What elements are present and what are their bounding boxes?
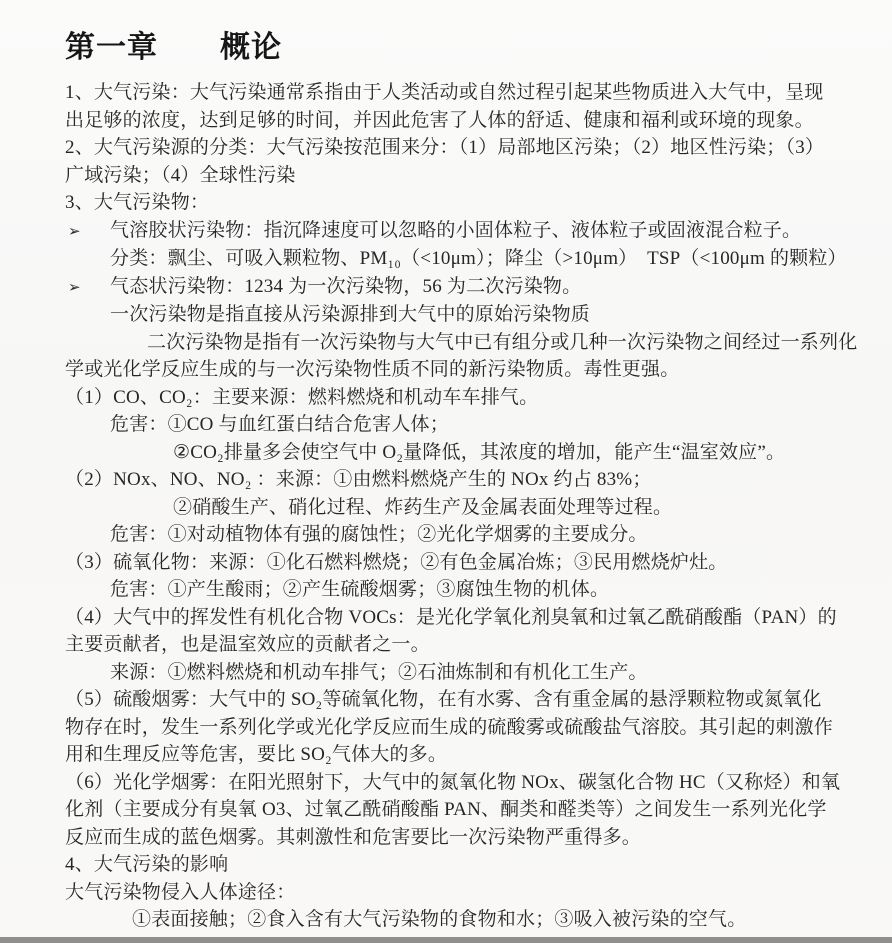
scanned-document-page: 第一章 概论 1、大气污染：大气污染通常系指由于人类活动或自然过程引起某些物质进… [0, 0, 892, 943]
text-line: ②硝酸生产、硝化过程、炸药生产及金属表面处理等过程。 [65, 494, 837, 522]
bullet-line: ➢气态状污染物：1234 为一次污染物，56 为二次污染物。 [65, 273, 837, 302]
text-line: 学或光化学反应生成的与一次污染物性质不同的新污染物质。毒性更强。 [65, 356, 837, 384]
text-line: （1）CO、CO₂：主要来源：燃料燃烧和机动车车排气。 [65, 384, 837, 412]
text-line: 出足够的浓度，达到足够的时间，并因此危害了人体的舒适、健康和福利或环境的现象。 [65, 107, 837, 135]
text-line: 反应而生成的蓝色烟雾。其刺激性和危害要比一次污染物严重得多。 [65, 824, 837, 852]
text-line: 2、大气污染源的分类：大气污染按范围来分：（1）局部地区污染；（2）地区性污染；… [65, 134, 837, 162]
text-line: （2）NOx、NO、NO₂ ：来源：①由燃料燃烧产生的 NOx 约占 83%； [65, 466, 837, 494]
text-line: 分类：飘尘、可吸入颗粒物、PM₁₀（<10μm）；降尘（>10μm） TSP（<… [65, 245, 837, 273]
text-line: （6）光化学烟雾：在阳光照射下，大气中的氮氧化物 NOx、碳氢化合物 HC（又称… [65, 769, 837, 797]
bullet-line: ➢气溶胶状污染物：指沉降速度可以忽略的小固体粒子、液体粒子或固液混合粒子。 [65, 217, 837, 246]
text-line: 危害：①产生酸雨；②产生硫酸烟雾；③腐蚀生物的机体。 [65, 576, 837, 604]
text-line: 广域污染；（4）全球性污染 [65, 162, 837, 190]
bullet-line-text: 气态状污染物：1234 为一次污染物，56 为二次污染物。 [110, 273, 581, 301]
text-line: 大气污染物侵入人体途径： [65, 879, 837, 907]
text-line: 3、大气污染物： [65, 189, 837, 217]
text-line: 物存在时，发生一系列化学或光化学反应而生成的硫酸雾或硫酸盐气溶胶。其引起的刺激作 [65, 714, 837, 742]
text-line: 主要贡献者，也是温室效应的贡献者之一。 [65, 631, 837, 659]
text-line: 危害：①对动植物体有强的腐蚀性；②光化学烟雾的主要成分。 [65, 521, 837, 549]
text-line: ①表面接触；②食入含有大气污染物的食物和水；③吸入被污染的空气。 [65, 906, 837, 934]
scan-bottom-edge [0, 937, 892, 943]
text-line: 来源：①燃料燃烧和机动车排气；②石油炼制和有机化工生产。 [65, 659, 837, 687]
text-line: 用和生理反应等危害，要比 SO₂气体大的多。 [65, 741, 837, 769]
text-line: 二次污染物是指有一次污染物与大气中已有组分或几种一次污染物之间经过一系列化 [65, 329, 837, 357]
arrowhead-bullet-icon: ➢ [68, 218, 110, 246]
text-line: （4）大气中的挥发性有机化合物 VOCs：是光化学氧化剂臭氧和过氧乙酰硝酸酯（P… [65, 604, 837, 632]
text-line: 4、大气污染的影响 [65, 851, 837, 879]
chapter-title: 第一章 概论 [65, 22, 837, 66]
text-line: （3）硫氧化物：来源：①化石燃料燃烧；②有色金属冶炼；③民用燃烧炉灶。 [65, 549, 837, 577]
arrowhead-bullet-icon: ➢ [68, 274, 110, 302]
text-line: 危害：①CO 与血红蛋白结合危害人体； [65, 411, 837, 439]
bullet-line-text: 气溶胶状污染物：指沉降速度可以忽略的小固体粒子、液体粒子或固液混合粒子。 [110, 217, 801, 245]
text-line: 1、大气污染：大气污染通常系指由于人类活动或自然过程引起某些物质进入大气中，呈现 [65, 79, 837, 107]
text-line: （5）硫酸烟雾：大气中的 SO₂等硫氧化物，在有水雾、含有重金属的悬浮颗粒物或氮… [65, 686, 837, 714]
document-content: 第一章 概论 1、大气污染：大气污染通常系指由于人类活动或自然过程引起某些物质进… [65, 22, 837, 934]
text-line: 一次污染物是指直接从污染源排到大气中的原始污染物质 [65, 301, 837, 329]
text-line: ②CO₂排量多会使空气中 O₂量降低，其浓度的增加，能产生“温室效应”。 [65, 439, 837, 467]
document-body: 1、大气污染：大气污染通常系指由于人类活动或自然过程引起某些物质进入大气中，呈现… [65, 79, 837, 934]
text-line: 化剂（主要成分有臭氧 O3、过氧乙酰硝酸酯 PAN、酮类和醛类等）之间发生一系列… [65, 796, 837, 824]
